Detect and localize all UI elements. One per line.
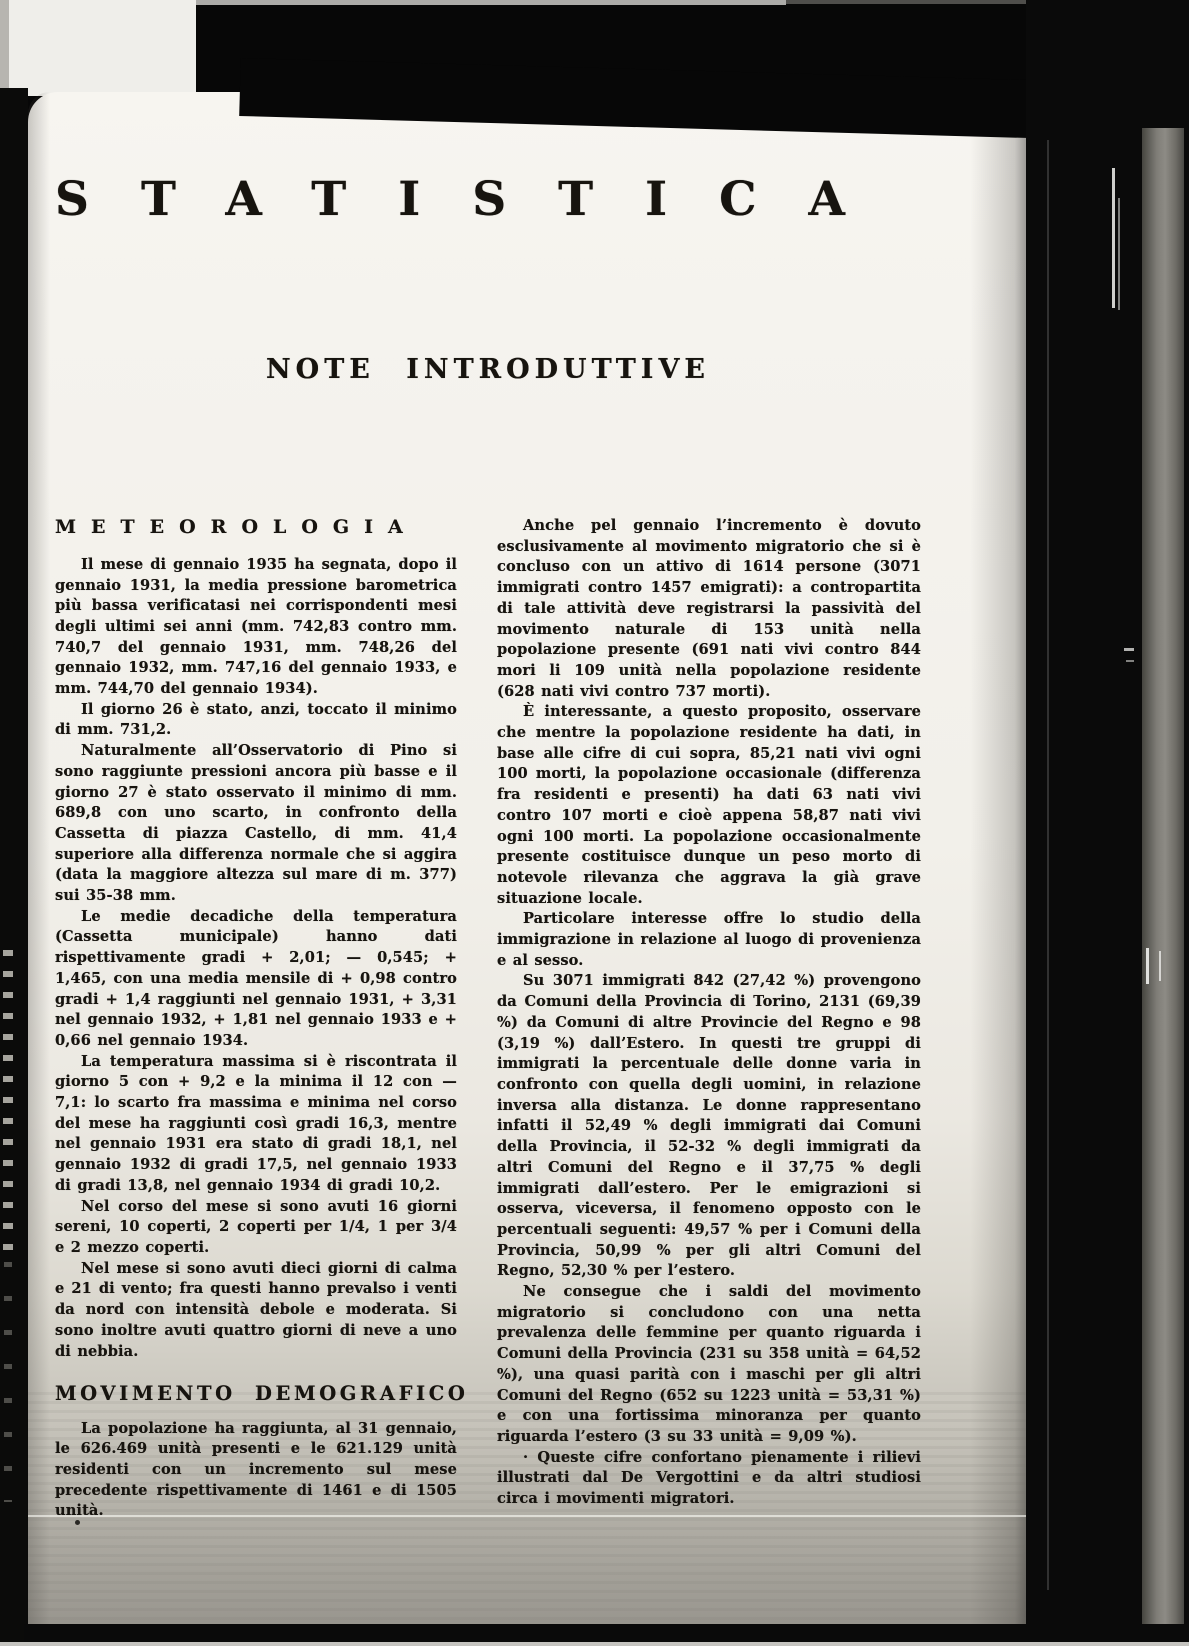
scan-tick-mark-2 — [1159, 951, 1161, 981]
scan-white-corner-block — [0, 0, 196, 96]
section-title-movimento-demografico: MOVIMENTO DEMOGRAFICO — [55, 1382, 457, 1405]
paragraph: Le medie decadiche della temperatura (Ca… — [55, 907, 457, 1052]
scan-tick-mark — [1146, 948, 1149, 984]
paragraph: Anche pel gennaio l’incremento è dovuto … — [497, 516, 921, 702]
scan-streak-faint — [1047, 140, 1049, 1590]
scan-streak-bright — [1112, 168, 1115, 308]
paragraph: Su 3071 immigrati 842 (27,42 %) provengo… — [497, 971, 921, 1282]
paragraph: Nel corso del mese si sono avuti 16 gior… — [55, 1197, 457, 1259]
scanned-journal-page: { "masthead": { "title": "STATISTICA" },… — [0, 0, 1189, 1646]
scan-white-corner-edge — [0, 0, 9, 96]
section-title-meteorologia: METEOROLOGIA — [55, 516, 457, 539]
journal-masthead-title: STATISTICA — [55, 176, 897, 223]
paragraph: Il giorno 26 è stato, anzi, toccato il m… — [55, 700, 457, 741]
scan-top-edge-sliver — [196, 0, 786, 5]
scan-bottom-edge-line — [0, 1642, 1189, 1646]
document-page: STATISTICA NOTE INTRODUTTIVE METEOROLOGI… — [28, 92, 1026, 1646]
left-column: METEOROLOGIA Il mese di gennaio 1935 ha … — [55, 516, 457, 1522]
paragraph: Particolare interesse offre lo studio de… — [497, 909, 921, 971]
paragraph: La temperatura massima si è riscontrata … — [55, 1052, 457, 1197]
right-column: Anche pel gennaio l’incremento è dovuto … — [497, 516, 921, 1510]
book-fore-edge-strip — [1142, 128, 1184, 1646]
scan-left-notch-marks — [3, 950, 13, 1260]
paragraph: Ne consegue che i saldi del movimento mi… — [497, 1282, 921, 1448]
paragraph: Nel mese si sono avuti dieci giorni di c… — [55, 1259, 457, 1363]
scan-dash-mark — [1124, 648, 1134, 651]
scan-bottom-black-bar — [24, 1624, 1189, 1644]
page-title: NOTE INTRODUTTIVE — [55, 354, 921, 385]
paragraph: · Queste cifre confortano pienamente i r… — [497, 1448, 921, 1510]
scan-streak-bright-2 — [1118, 198, 1120, 310]
scan-left-notch-marks-2 — [4, 1262, 12, 1502]
paragraph: È interessante, a questo proposito, osse… — [497, 702, 921, 909]
paragraph: Naturalmente all’Osservatorio di Pino si… — [55, 741, 457, 907]
paragraph: La popolazione ha raggiunta, al 31 genna… — [55, 1419, 457, 1523]
scan-dash-mark-2 — [1126, 660, 1134, 662]
paragraph: Il mese di gennaio 1935 ha segnata, dopo… — [55, 555, 457, 700]
